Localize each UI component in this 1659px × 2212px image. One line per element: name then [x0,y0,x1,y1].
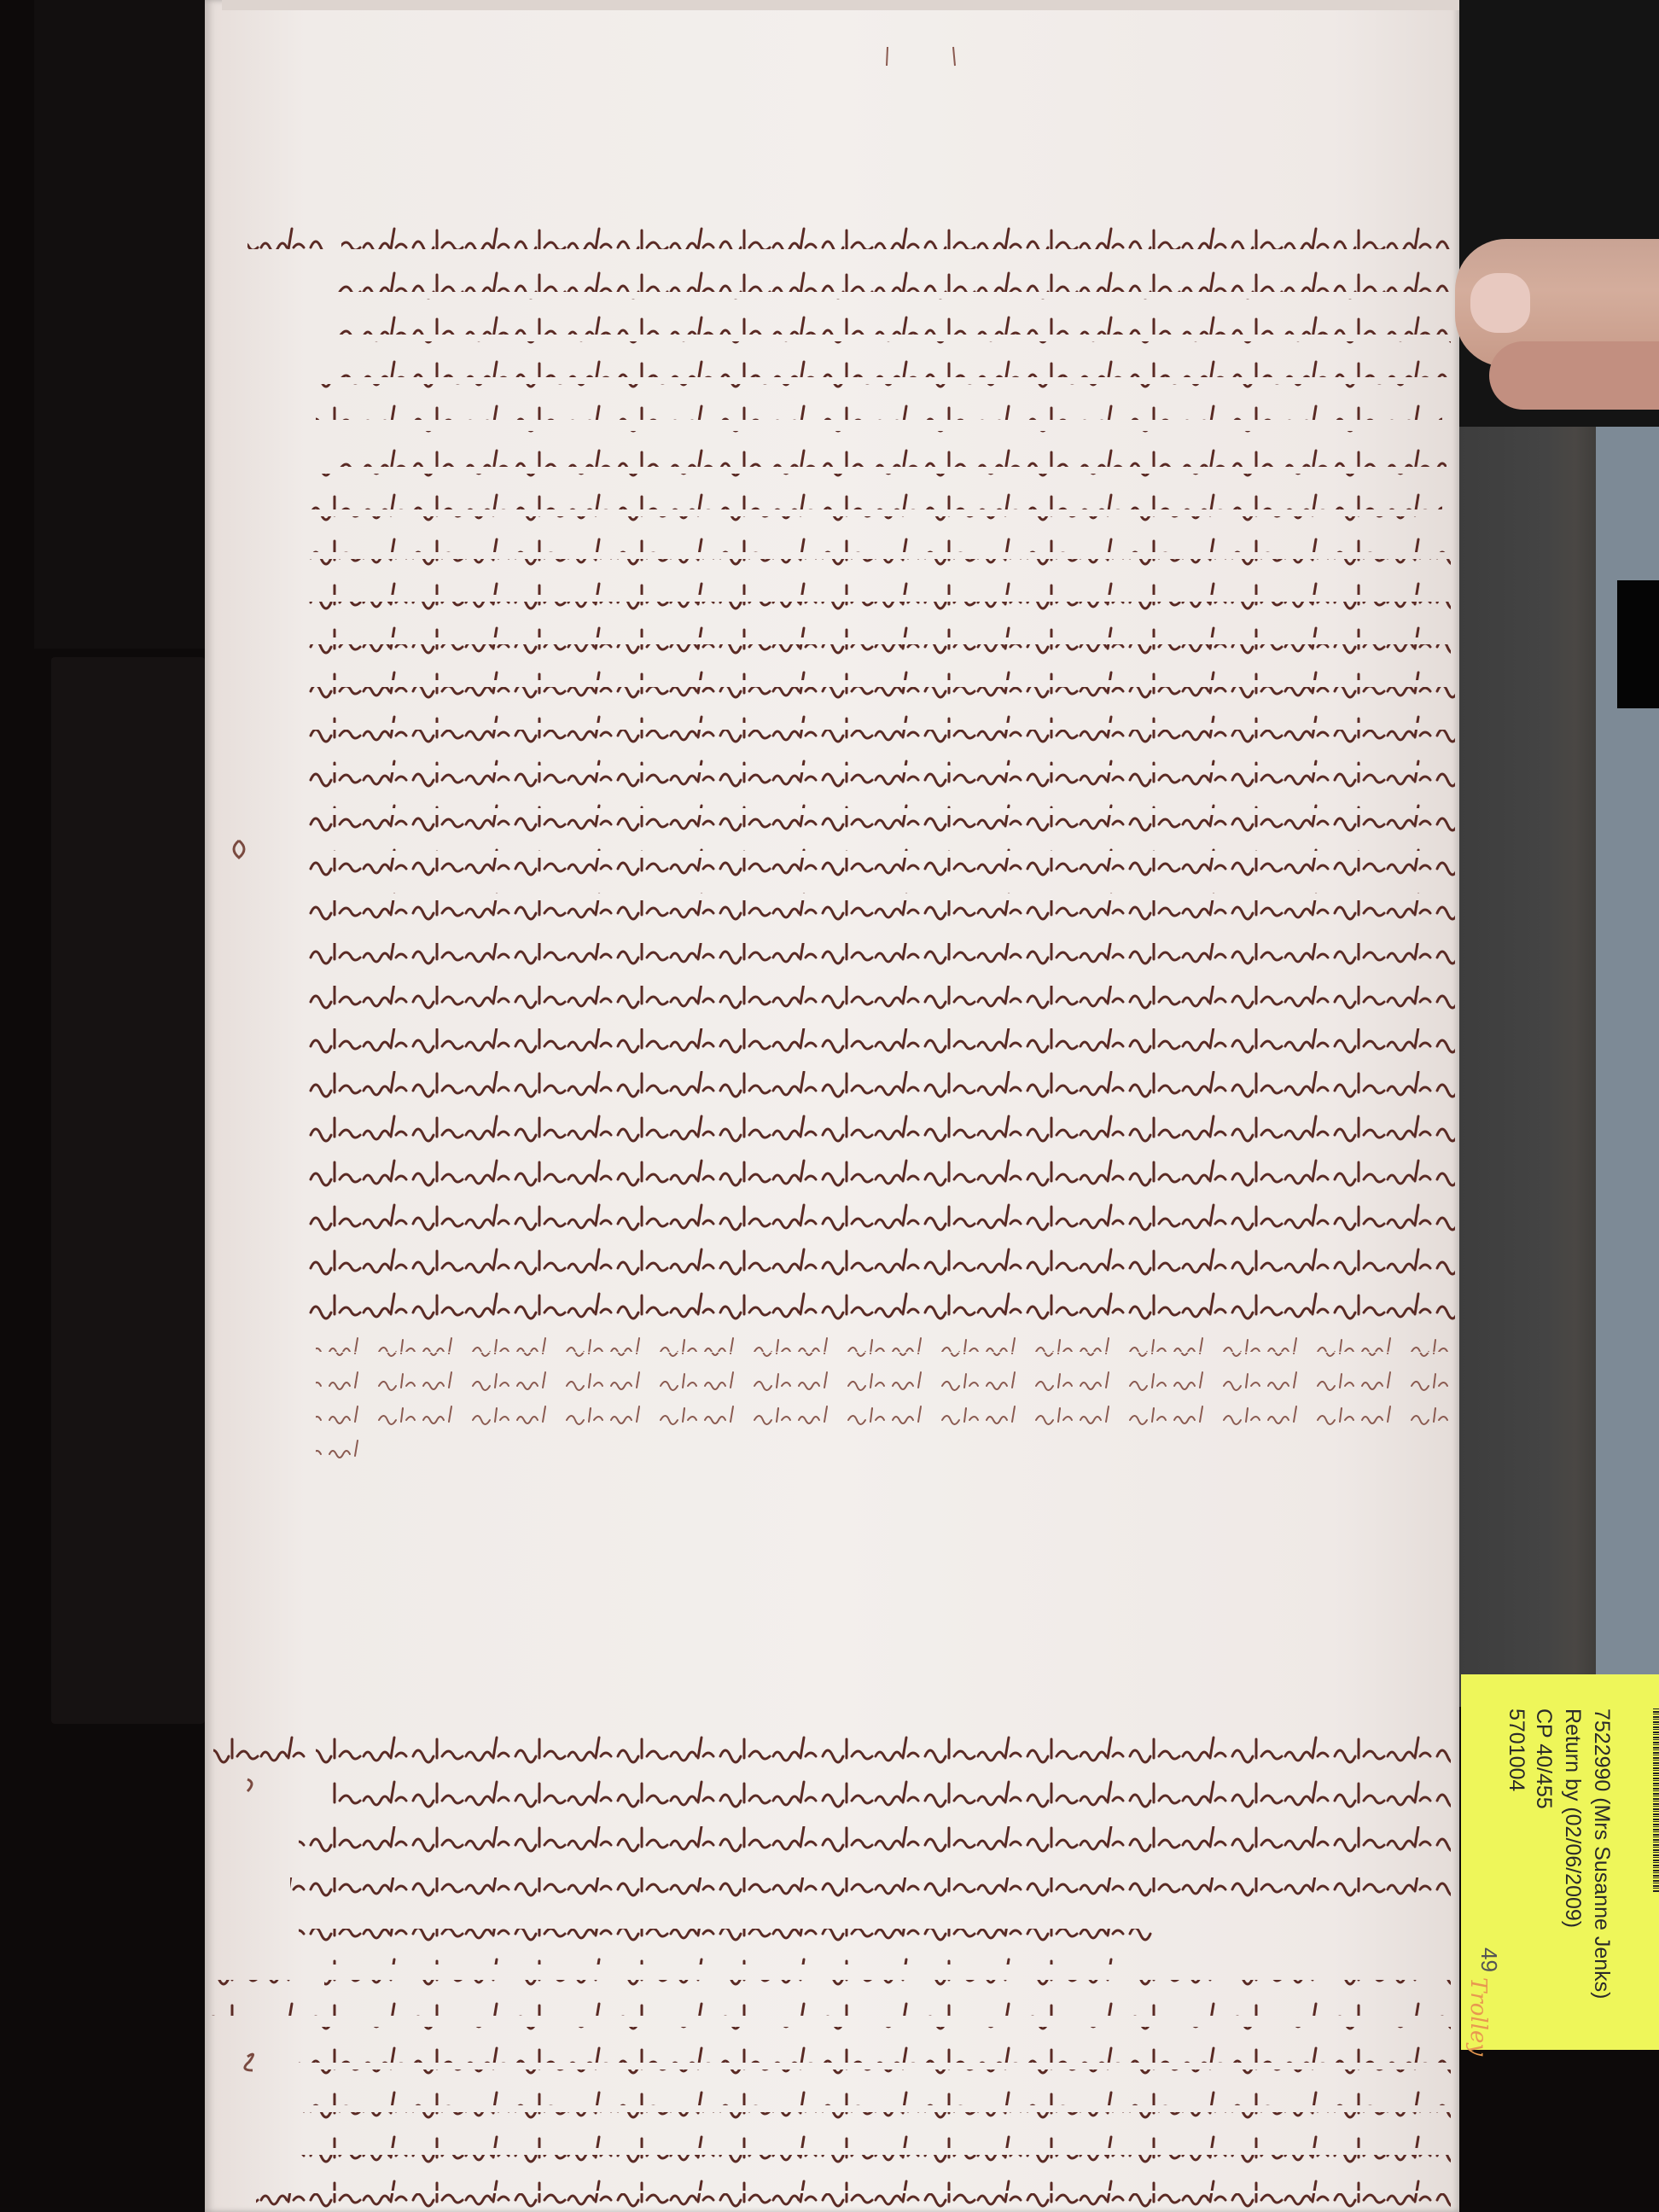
manuscript-handwriting [0,0,1659,2212]
finger [1489,341,1659,410]
hand-holding-parchment [1455,179,1659,418]
ticket-item-number: 5701004 [1502,1708,1531,1791]
ticket-text: 5701004 CP 40/455 Return by (02/06/2009)… [1461,1674,1659,2050]
marginal-mark [234,841,244,858]
parchment-crease [887,47,888,66]
entry-2 [213,1732,1451,1965]
entry-1 [234,213,1455,1459]
ticket-return-date: Return by (02/06/2009) [1558,1708,1587,1928]
archive-production-ticket: 5701004 CP 40/455 Return by (02/06/2009)… [1461,1674,1659,2050]
ticket-document-reference: CP 40/455 [1529,1708,1558,1809]
thumbnail [1470,273,1530,333]
marginal-mark [247,1779,252,1791]
manuscript-line [341,213,1451,249]
marginal-mark [245,2054,253,2070]
ticket-reader: 7522990 (Mrs Susanne Jenks) [1587,1708,1616,1999]
ticket-trolley-label: Trolley [1464,1977,1493,2056]
marginal-heading [209,1980,320,2016]
marginal-heading [213,1732,307,1768]
ticket-trolley-number: 49 [1475,1947,1504,1972]
marginal-heading [247,213,324,249]
parchment-crease [953,47,955,66]
entry-3 [209,1980,1451,2212]
